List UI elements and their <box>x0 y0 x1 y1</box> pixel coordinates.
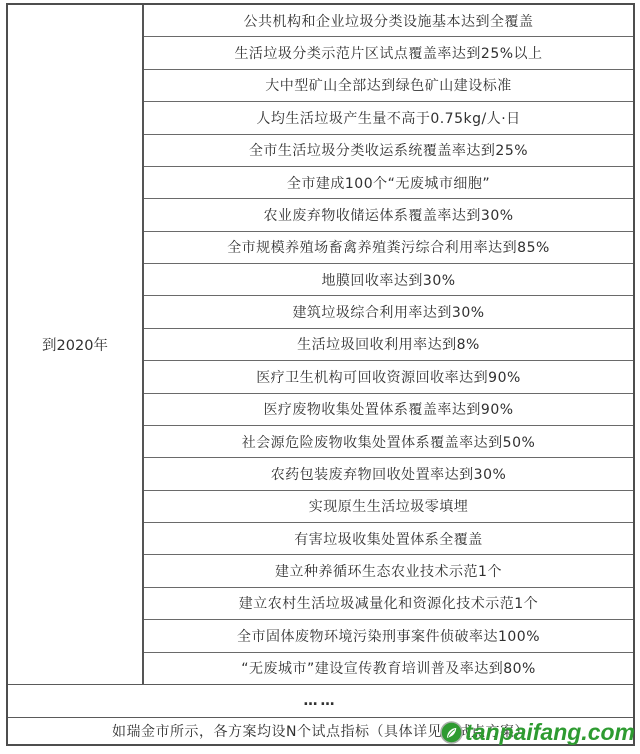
indicator-text: 农药包装废弃物回收处置率达到30% <box>271 464 507 484</box>
indicator-text: 实现原生生活垃圾零填埋 <box>309 496 469 516</box>
indicator-text: 医疗卫生机构可回收资源回收率达到90% <box>256 367 521 387</box>
table-row: 社会源危险废物收集处置体系覆盖率达到50% <box>144 426 633 458</box>
indicator-text: 社会源危险废物收集处置体系覆盖率达到50% <box>242 432 536 452</box>
table-row: 大中型矿山全部达到绿色矿山建设标准 <box>144 70 633 102</box>
table-row: “无废城市”建设宣传教育培训普及率达到80% <box>144 653 633 684</box>
table-row: 建立农村生活垃圾减量化和资源化技术示范1个 <box>144 588 633 620</box>
indicator-text: 农业废弃物收储运体系覆盖率达到30% <box>263 205 513 225</box>
indicator-column: 公共机构和企业垃圾分类设施基本达到全覆盖 生活垃圾分类示范片区试点覆盖率达到25… <box>144 5 633 684</box>
table-row: 实现原生生活垃圾零填埋 <box>144 491 633 523</box>
targets-table: 到2020年 公共机构和企业垃圾分类设施基本达到全覆盖 生活垃圾分类示范片区试点… <box>6 3 635 746</box>
period-label: 到2020年 <box>42 334 108 355</box>
indicator-text: 大中型矿山全部达到绿色矿山建设标准 <box>265 75 512 95</box>
leaf-circle-icon <box>440 721 463 744</box>
indicator-text: 医疗废物收集处置体系覆盖率达到90% <box>263 399 513 419</box>
indicator-text: 生活垃圾分类示范片区试点覆盖率达到25%以上 <box>234 43 542 63</box>
indicator-text: 全市规模养殖场畜禽养殖粪污综合利用率达到85% <box>227 237 550 257</box>
indicator-text: 建立农村生活垃圾减量化和资源化技术示范1个 <box>239 593 538 613</box>
table-row: 全市固体废物环境污染刑事案件侦破率达100% <box>144 620 633 652</box>
indicator-text: 人均生活垃圾产生量不高于0.75kg/人·日 <box>256 108 520 128</box>
table-row: 医疗废物收集处置体系覆盖率达到90% <box>144 394 633 426</box>
ellipsis-row: …… <box>8 685 633 718</box>
indicator-text: 有害垃圾收集处置体系全覆盖 <box>294 529 483 549</box>
indicator-text: “无废城市”建设宣传教育培训普及率达到80% <box>241 658 536 678</box>
table-row: 建立种养循环生态农业技术示范1个 <box>144 555 633 587</box>
indicator-text: 公共机构和企业垃圾分类设施基本达到全覆盖 <box>244 11 534 31</box>
ellipsis-text: …… <box>304 693 338 709</box>
table-row: 公共机构和企业垃圾分类设施基本达到全覆盖 <box>144 5 633 37</box>
table-row: 有害垃圾收集处置体系全覆盖 <box>144 523 633 555</box>
indicator-text: 建立种养循环生态农业技术示范1个 <box>275 561 502 581</box>
table-row: 医疗卫生机构可回收资源回收率达到90% <box>144 361 633 393</box>
indicator-text: 生活垃圾回收利用率达到8% <box>297 334 480 354</box>
indicator-text: 全市建成100个“无废城市细胞” <box>287 173 490 193</box>
site-watermark: tanpaifang.com <box>440 721 635 744</box>
table-row: 生活垃圾回收利用率达到8% <box>144 329 633 361</box>
table-row: 地膜回收率达到30% <box>144 264 633 296</box>
indicator-text: 全市生活垃圾分类收运系统覆盖率达到25% <box>249 140 528 160</box>
table-row: 生活垃圾分类示范片区试点覆盖率达到25%以上 <box>144 37 633 69</box>
indicator-text: 建筑垃圾综合利用率达到30% <box>292 302 484 322</box>
table-row: 人均生活垃圾产生量不高于0.75kg/人·日 <box>144 102 633 134</box>
indicator-text: 全市固体废物环境污染刑事案件侦破率达100% <box>237 626 540 646</box>
table-row: 建筑垃圾综合利用率达到30% <box>144 296 633 328</box>
watermark-text: tanpaifang.com <box>465 721 635 744</box>
table-row: 全市建成100个“无废城市细胞” <box>144 167 633 199</box>
table-row: 农药包装废弃物回收处置率达到30% <box>144 458 633 490</box>
period-cell: 到2020年 <box>8 5 144 684</box>
table-row: 农业废弃物收储运体系覆盖率达到30% <box>144 199 633 231</box>
indicator-text: 地膜回收率达到30% <box>321 270 455 290</box>
table-row: 全市规模养殖场畜禽养殖粪污综合利用率达到85% <box>144 232 633 264</box>
table-row: 全市生活垃圾分类收运系统覆盖率达到25% <box>144 135 633 167</box>
targets-2020-section: 到2020年 公共机构和企业垃圾分类设施基本达到全覆盖 生活垃圾分类示范片区试点… <box>8 5 633 685</box>
